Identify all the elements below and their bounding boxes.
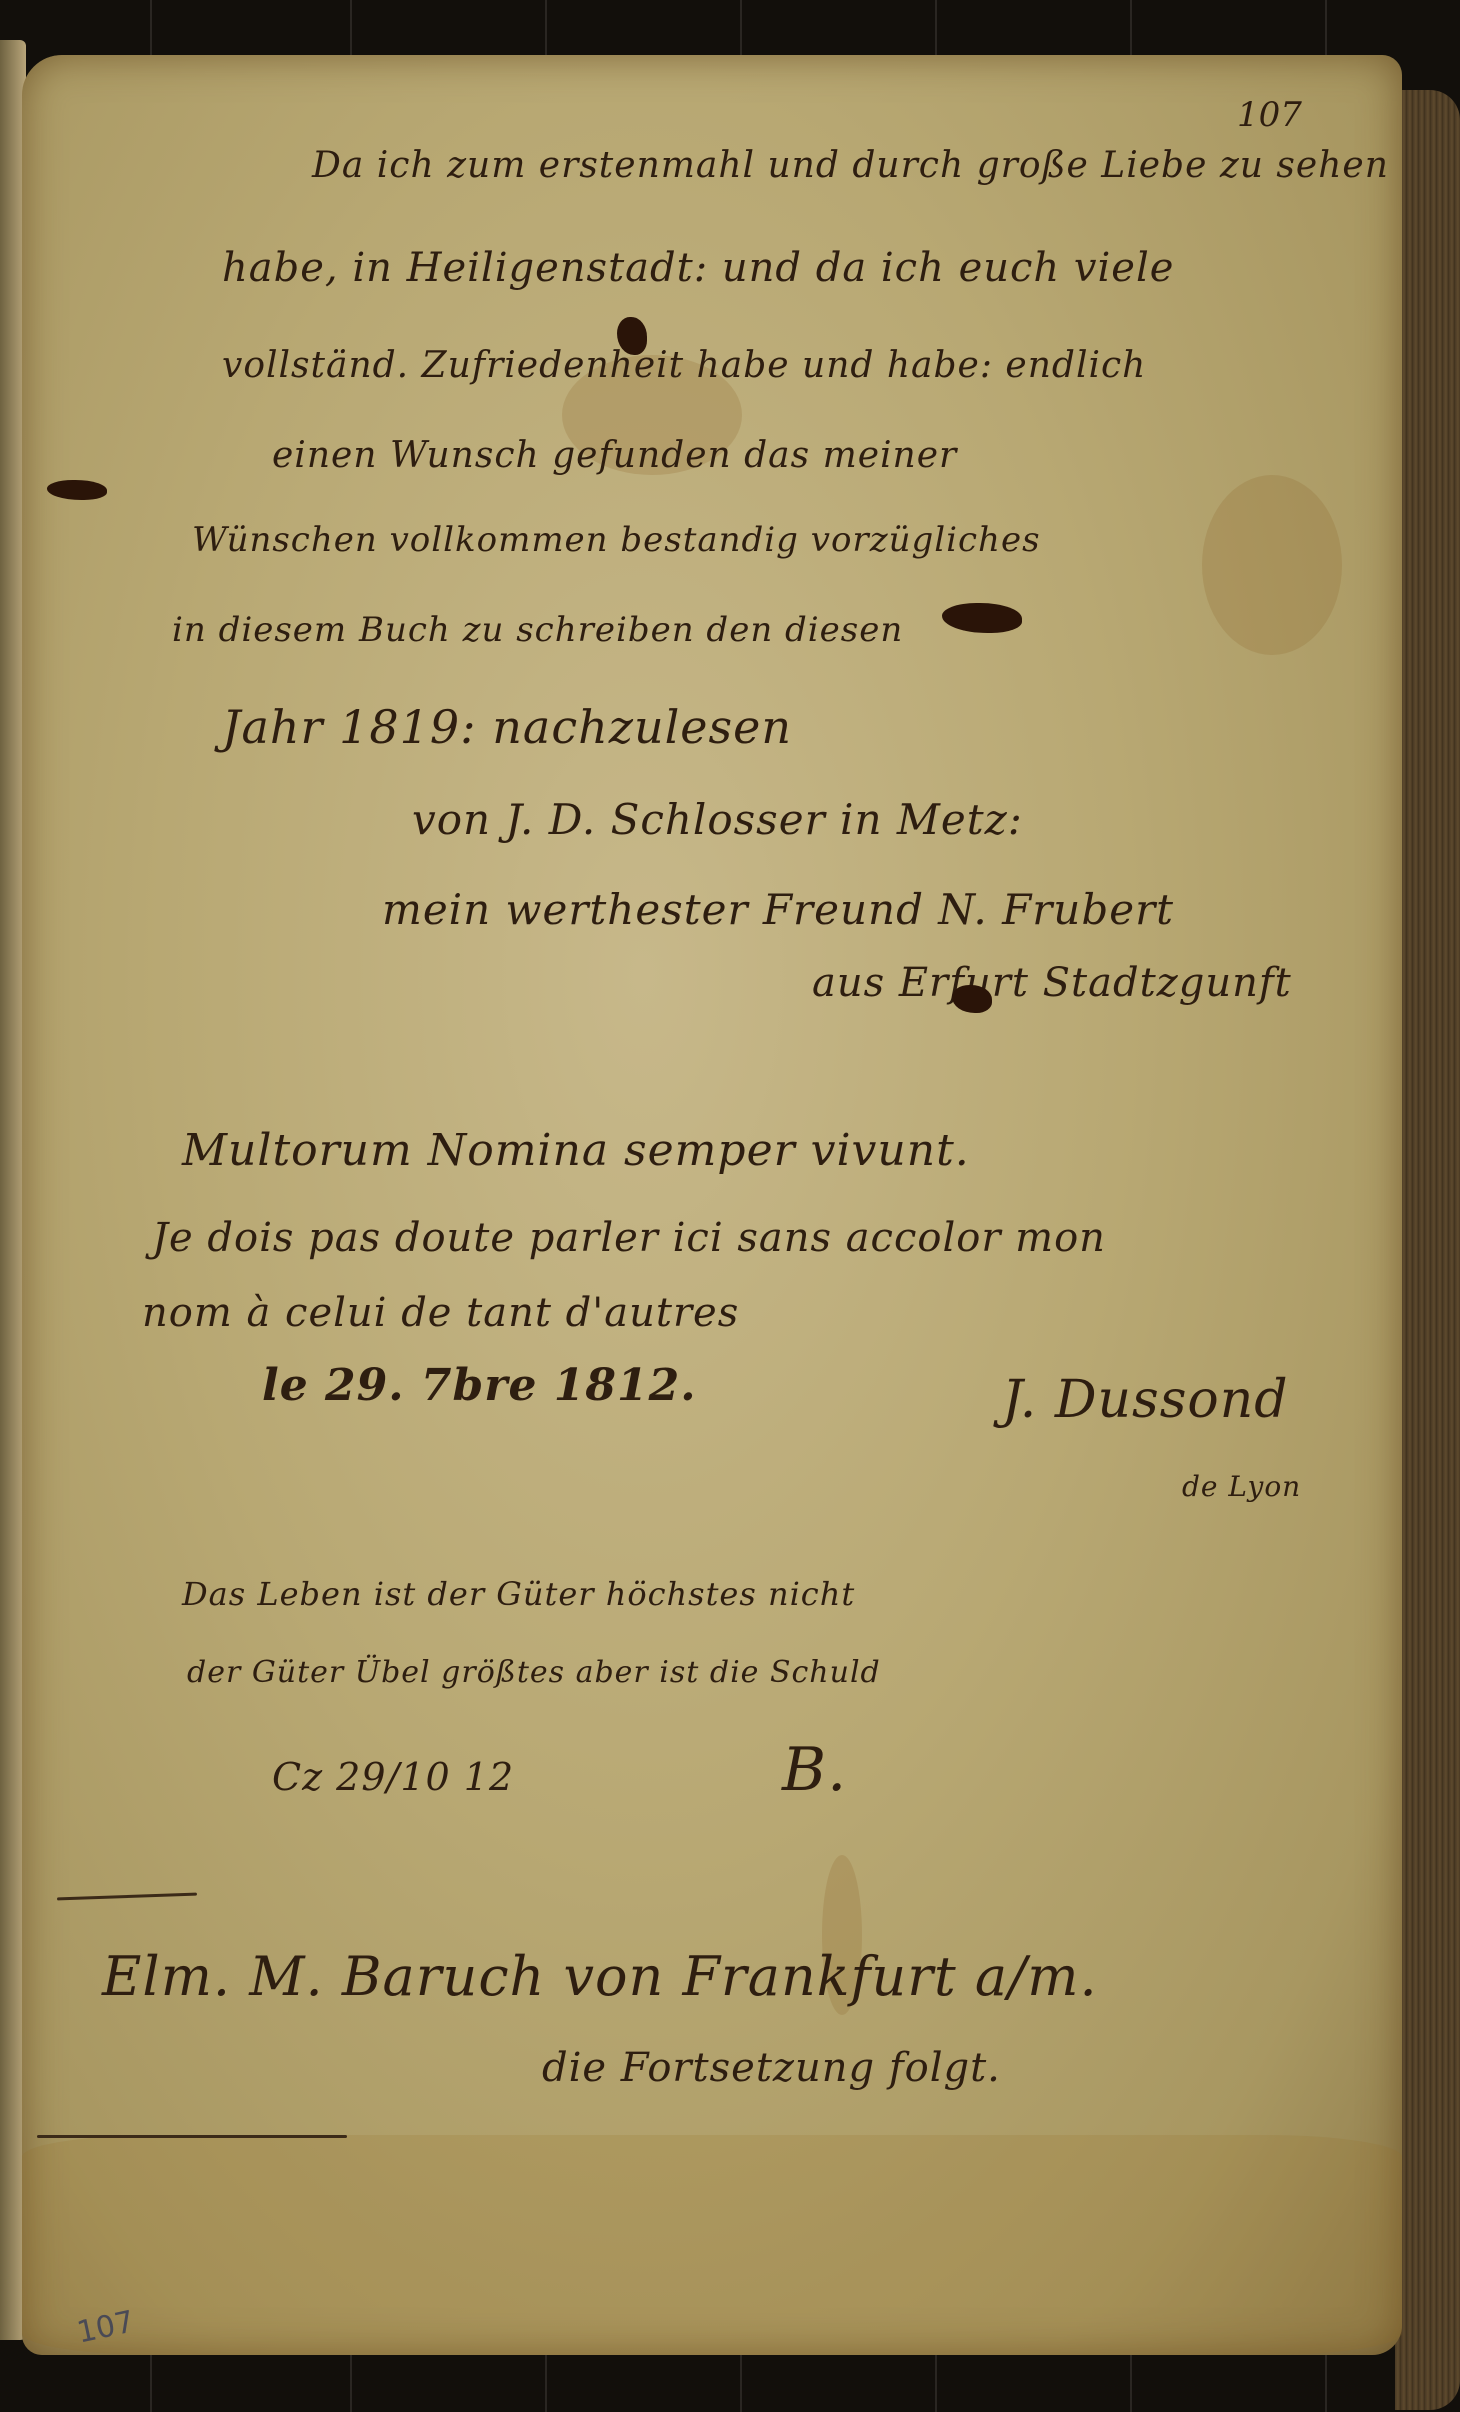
entry-1-line: Wünschen vollkommen bestandig vorzüglich… bbox=[192, 520, 1041, 560]
entry-2-line: nom à celui de tant d'autres bbox=[142, 1290, 739, 1336]
entry-4-line: Elm. M. Baruch von Frankfurt a/m. bbox=[102, 1945, 1098, 2008]
entry-1-line: einen Wunsch gefunden das meiner bbox=[272, 435, 957, 476]
divider-line bbox=[57, 1893, 197, 1901]
manuscript-page: 107 Da ich zum erstenmahl und durch groß… bbox=[22, 55, 1402, 2355]
signature: B. bbox=[782, 1735, 847, 1805]
entry-4-line: die Fortsetzung folgt. bbox=[542, 2045, 1001, 2091]
entry-1-line: aus Erfurt Stadtzgunft bbox=[812, 960, 1292, 1006]
ink-blot bbox=[47, 480, 107, 500]
entry-1-line: in diesem Buch zu schreiben den diesen bbox=[172, 610, 903, 650]
entry-3-line: Cz 29/10 12 bbox=[272, 1755, 514, 1799]
book-page-edges bbox=[1395, 90, 1460, 2410]
entry-2-line: Je dois pas doute parler ici sans accolo… bbox=[152, 1215, 1106, 1261]
ink-blot bbox=[952, 985, 992, 1013]
stain bbox=[22, 2135, 1402, 2355]
entry-1-line: mein werthester Freund N. Frubert bbox=[382, 885, 1174, 934]
signature: J. Dussond bbox=[1002, 1370, 1289, 1430]
entry-1-line: von J. D. Schlosser in Metz: bbox=[412, 795, 1023, 844]
entry-1-line: vollständ. Zufriedenheit habe und habe: … bbox=[222, 345, 1146, 386]
signature-note: de Lyon bbox=[1182, 1470, 1301, 1503]
entry-3-line: Das Leben ist der Güter höchstes nicht bbox=[182, 1575, 855, 1613]
entry-1-line: Jahr 1819: nachzulesen bbox=[222, 700, 792, 754]
closing-rule bbox=[37, 2135, 347, 2138]
stain bbox=[1202, 475, 1342, 655]
entry-1-line: Da ich zum erstenmahl und durch große Li… bbox=[312, 145, 1389, 186]
page-number: 107 bbox=[1237, 95, 1302, 135]
entry-3-line: der Güter Übel größtes aber ist die Schu… bbox=[187, 1655, 881, 1690]
entry-2-line: Multorum Nomina semper vivunt. bbox=[182, 1125, 970, 1176]
entry-2-line: le 29. 7bre 1812. bbox=[262, 1360, 697, 1411]
ink-blot bbox=[942, 603, 1022, 633]
entry-1-line: habe, in Heiligenstadt: und da ich euch … bbox=[222, 245, 1174, 291]
